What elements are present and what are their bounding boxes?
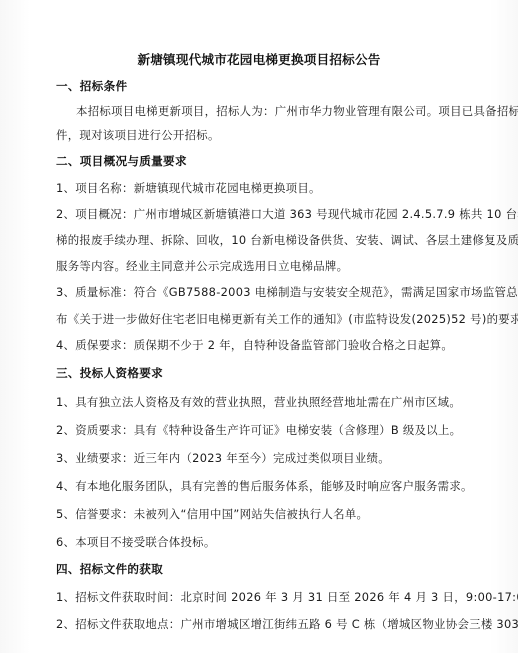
list-item-line: 6、本项目不接受联合体投标。 xyxy=(56,535,216,549)
list-item-line: 2、资质要求：具有《特种设备生产许可证》电梯安装（含修理）B 级及以上。 xyxy=(56,423,461,437)
list-item-line: 梯的报废手续办理、拆除、回收，10 台新电梯设备供货、安装、调试、各层土建修复及… xyxy=(56,233,518,247)
list-item-line: 2、项目概况：广州市增城区新塘镇港口大道 363 号现代城市花园 2.4.5.7… xyxy=(56,207,518,221)
list-item-line: 3、业绩要求：近三年内（2023 年至今）完成过类似项目业绩。 xyxy=(56,451,390,465)
section-heading-2: 二、项目概况与质量要求 xyxy=(56,154,187,168)
document-page: 新塘镇现代城市花园电梯更换项目招标公告 一、招标条件 本招标项目电梯更新项目，招… xyxy=(0,0,518,653)
paragraph-line: 件，现对该项目进行公开招标。 xyxy=(56,128,220,142)
paragraph-line: 本招标项目电梯更新项目，招标人为：广州市华力物业管理有限公司。项目已具备招标条 xyxy=(76,104,518,118)
list-item-line: 服务等内容。经业主同意并公示完成选用日立电梯品牌。 xyxy=(56,259,348,273)
list-item-line: 4、有本地化服务团队，具有完善的售后服务体系，能够及时响应客户服务需求。 xyxy=(56,479,473,493)
section-heading-4: 四、招标文件的获取 xyxy=(56,562,163,576)
page-title: 新塘镇现代城市花园电梯更换项目招标公告 xyxy=(0,49,518,68)
list-item-line: 1、项目名称：新塘镇现代城市花园电梯更换项目。 xyxy=(56,181,321,195)
list-item-line: 4、质保要求：质保期不少于 2 年，自特种设备监管部门验收合格之日起算。 xyxy=(56,338,453,352)
list-item-line: 2、招标文件获取地点：广州市增城区增江街纬五路 6 号 C 栋（增城区物业协会三… xyxy=(56,617,518,631)
list-item-line: 1、具有独立法人资格及有效的营业执照，营业执照经营地址需在广州市区域。 xyxy=(56,395,461,409)
list-item-line: 布《关于进一步做好住宅老旧电梯更新有关工作的通知》(市监特设发(2025)52 … xyxy=(56,312,518,326)
list-item-line: 5、信誉要求：未被列入“信用中国”网站失信被执行人名单。 xyxy=(56,507,368,521)
list-item-line: 1、招标文件获取时间：北京时间 2026 年 3 月 31 日至 2026 年 … xyxy=(56,590,518,604)
section-heading-1: 一、招标条件 xyxy=(56,79,127,93)
list-item-line: 3、质量标准：符合《GB7588-2003 电梯制造与安装安全规范》，需满足国家… xyxy=(56,285,518,299)
section-heading-3: 三、投标人资格要求 xyxy=(56,366,163,380)
